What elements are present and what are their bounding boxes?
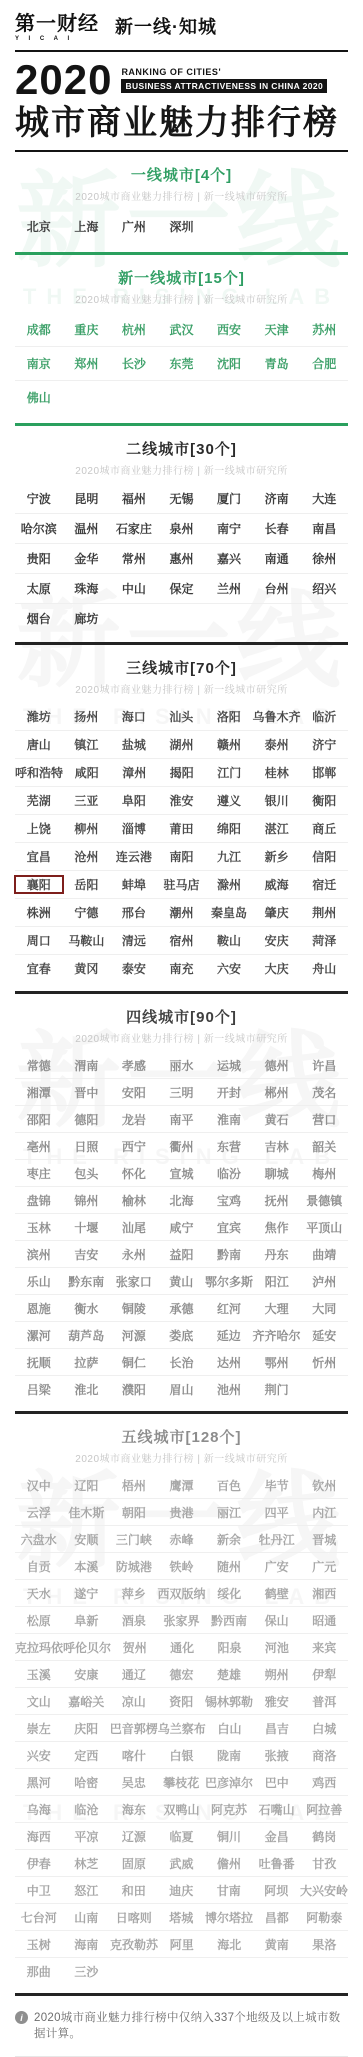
city-cell[interactable]: 德宏 xyxy=(158,1666,206,1683)
city-cell[interactable]: 惠州 xyxy=(158,550,206,567)
city-cell[interactable]: 烟台 xyxy=(15,610,63,627)
city-cell[interactable]: 大庆 xyxy=(253,960,301,977)
city-cell[interactable]: 云浮 xyxy=(15,1504,63,1521)
city-cell[interactable]: 肇庆 xyxy=(253,904,301,921)
city-cell[interactable]: 桂林 xyxy=(253,764,301,781)
city-cell[interactable]: 甘孜 xyxy=(300,1855,348,1872)
city-cell[interactable]: 南通 xyxy=(253,550,301,567)
city-cell[interactable]: 张家口 xyxy=(110,1273,158,1290)
city-cell[interactable]: 阜新 xyxy=(63,1612,111,1629)
city-cell[interactable]: 怒江 xyxy=(62,1882,110,1899)
city-cell[interactable]: 潍坊 xyxy=(15,708,62,725)
city-cell[interactable]: 龙岩 xyxy=(110,1111,158,1128)
city-cell[interactable]: 泰州 xyxy=(253,736,301,753)
city-cell[interactable]: 黑河 xyxy=(15,1774,62,1791)
city-cell[interactable]: 白城 xyxy=(301,1720,348,1737)
city-cell[interactable]: 凉山 xyxy=(110,1693,158,1710)
city-cell[interactable]: 金昌 xyxy=(253,1828,301,1845)
city-cell[interactable]: 吴忠 xyxy=(110,1774,158,1791)
city-cell[interactable]: 日喀则 xyxy=(110,1909,158,1926)
city-cell[interactable]: 朔州 xyxy=(253,1666,301,1683)
city-cell[interactable]: 盐城 xyxy=(110,736,158,753)
city-cell[interactable]: 鄂州 xyxy=(253,1354,301,1371)
city-cell[interactable]: 唐山 xyxy=(15,736,63,753)
city-cell[interactable]: 邵阳 xyxy=(15,1111,63,1128)
city-cell[interactable]: 平凉 xyxy=(63,1828,111,1845)
city-cell[interactable]: 海南 xyxy=(62,1936,110,1953)
city-cell[interactable]: 鸡西 xyxy=(301,1774,348,1791)
city-cell[interactable]: 随州 xyxy=(205,1558,253,1575)
city-cell[interactable]: 菏泽 xyxy=(300,932,348,949)
city-cell[interactable]: 汉中 xyxy=(15,1477,63,1494)
city-cell[interactable]: 湘西 xyxy=(301,1585,348,1602)
city-cell[interactable]: 六安 xyxy=(205,960,253,977)
city-cell[interactable]: 伊春 xyxy=(15,1855,63,1872)
city-cell[interactable]: 商洛 xyxy=(300,1747,348,1764)
city-cell[interactable]: 松原 xyxy=(15,1612,63,1629)
city-cell[interactable]: 新乡 xyxy=(253,848,301,865)
city-cell[interactable]: 鹰潭 xyxy=(158,1477,206,1494)
city-cell[interactable]: 延边 xyxy=(205,1327,253,1344)
city-cell[interactable]: 芜湖 xyxy=(15,792,63,809)
city-cell[interactable]: 阳江 xyxy=(253,1273,301,1290)
city-cell-highlighted[interactable]: 襄阳 xyxy=(15,876,63,893)
city-cell[interactable]: 雅安 xyxy=(253,1693,301,1710)
city-cell[interactable]: 长治 xyxy=(158,1354,206,1371)
city-cell[interactable]: 黄石 xyxy=(253,1111,301,1128)
city-cell[interactable]: 齐齐哈尔 xyxy=(252,1327,300,1344)
city-cell[interactable]: 北海 xyxy=(158,1192,206,1209)
city-cell[interactable]: 自贡 xyxy=(15,1558,63,1575)
city-cell[interactable]: 保山 xyxy=(253,1612,301,1629)
city-cell[interactable]: 丽水 xyxy=(158,1057,206,1074)
city-cell[interactable]: 亳州 xyxy=(15,1138,63,1155)
city-cell[interactable]: 周口 xyxy=(15,932,63,949)
city-cell[interactable]: 贵阳 xyxy=(15,550,63,567)
city-cell[interactable]: 福州 xyxy=(110,490,158,507)
city-cell[interactable]: 漳州 xyxy=(111,764,159,781)
city-cell[interactable]: 衡水 xyxy=(63,1300,111,1317)
city-cell[interactable]: 益阳 xyxy=(158,1246,206,1263)
city-cell[interactable]: 威海 xyxy=(253,876,301,893)
city-cell[interactable]: 苏州 xyxy=(300,321,348,338)
city-cell[interactable]: 金华 xyxy=(63,550,111,567)
city-cell[interactable]: 白山 xyxy=(206,1720,253,1737)
city-cell[interactable]: 衢州 xyxy=(158,1138,206,1155)
city-cell[interactable]: 厦门 xyxy=(205,490,253,507)
city-cell[interactable]: 滁州 xyxy=(205,876,253,893)
city-cell[interactable]: 双鸭山 xyxy=(158,1801,206,1818)
city-cell[interactable]: 柳州 xyxy=(63,820,111,837)
city-cell[interactable]: 阿勒泰 xyxy=(301,1909,348,1926)
city-cell[interactable]: 攀枝花 xyxy=(157,1774,205,1791)
city-cell[interactable]: 临沧 xyxy=(63,1801,111,1818)
city-cell[interactable]: 西安 xyxy=(205,321,253,338)
city-cell[interactable]: 迪庆 xyxy=(157,1882,205,1899)
city-cell[interactable]: 武汉 xyxy=(158,321,206,338)
city-cell[interactable]: 郑州 xyxy=(63,355,111,372)
city-cell[interactable]: 运城 xyxy=(205,1057,253,1074)
city-cell[interactable]: 河源 xyxy=(110,1327,158,1344)
city-cell[interactable]: 莆田 xyxy=(158,820,206,837)
city-cell[interactable]: 新余 xyxy=(205,1531,253,1548)
city-cell[interactable]: 东莞 xyxy=(158,355,206,372)
city-cell[interactable]: 鹤岗 xyxy=(300,1828,348,1845)
city-cell[interactable]: 大同 xyxy=(300,1300,348,1317)
city-cell[interactable]: 阿里 xyxy=(158,1936,206,1953)
city-cell[interactable]: 铁岭 xyxy=(158,1558,206,1575)
city-cell[interactable]: 安顺 xyxy=(63,1531,111,1548)
city-cell[interactable]: 长春 xyxy=(253,520,301,537)
city-cell[interactable]: 三亚 xyxy=(63,792,111,809)
city-cell[interactable]: 汕尾 xyxy=(110,1219,158,1236)
city-cell[interactable]: 巴音郭楞 xyxy=(110,1720,158,1737)
city-cell[interactable]: 拉萨 xyxy=(63,1354,111,1371)
city-cell[interactable]: 哈尔滨 xyxy=(15,520,63,537)
city-cell[interactable]: 呼和浩特 xyxy=(15,764,63,781)
city-cell[interactable]: 红河 xyxy=(205,1300,253,1317)
city-cell[interactable]: 平顶山 xyxy=(300,1219,348,1236)
city-cell[interactable]: 南昌 xyxy=(300,520,348,537)
city-cell[interactable]: 泸州 xyxy=(301,1273,348,1290)
city-cell[interactable]: 铜陵 xyxy=(110,1300,158,1317)
city-cell[interactable]: 许昌 xyxy=(300,1057,348,1074)
city-cell[interactable]: 延安 xyxy=(301,1327,348,1344)
city-cell[interactable]: 果洛 xyxy=(301,1936,348,1953)
city-cell[interactable]: 晋城 xyxy=(300,1531,348,1548)
city-cell[interactable]: 毕节 xyxy=(253,1477,301,1494)
city-cell[interactable]: 贺州 xyxy=(111,1639,158,1656)
city-cell[interactable]: 四平 xyxy=(253,1504,301,1521)
city-cell[interactable]: 连云港 xyxy=(110,848,158,865)
city-cell[interactable]: 呼伦贝尔 xyxy=(63,1639,111,1656)
city-cell[interactable]: 绍兴 xyxy=(300,580,348,597)
city-cell[interactable]: 克拉玛依 xyxy=(15,1639,63,1656)
city-cell[interactable]: 阿拉善 xyxy=(300,1801,348,1818)
city-cell[interactable]: 怀化 xyxy=(110,1165,158,1182)
city-cell[interactable]: 安庆 xyxy=(253,932,301,949)
city-cell[interactable]: 德州 xyxy=(253,1057,301,1074)
city-cell[interactable]: 伊犁 xyxy=(300,1666,348,1683)
city-cell[interactable]: 南充 xyxy=(158,960,206,977)
city-cell[interactable]: 宣城 xyxy=(158,1165,206,1182)
city-cell[interactable]: 长沙 xyxy=(110,355,158,372)
city-cell[interactable]: 青岛 xyxy=(253,355,301,372)
city-cell[interactable]: 钦州 xyxy=(300,1477,348,1494)
city-cell[interactable]: 牡丹江 xyxy=(253,1531,301,1548)
city-cell[interactable]: 盘锦 xyxy=(15,1192,63,1209)
city-cell[interactable]: 抚州 xyxy=(253,1192,301,1209)
city-cell[interactable]: 临汾 xyxy=(205,1165,253,1182)
city-cell[interactable]: 铜仁 xyxy=(110,1354,158,1371)
city-cell[interactable]: 珠海 xyxy=(63,580,111,597)
city-cell[interactable]: 广元 xyxy=(300,1558,348,1575)
city-cell[interactable]: 大理 xyxy=(253,1300,301,1317)
city-cell[interactable]: 绵阳 xyxy=(205,820,253,837)
city-cell[interactable]: 佳木斯 xyxy=(63,1504,111,1521)
city-cell[interactable]: 邢台 xyxy=(110,904,158,921)
city-cell[interactable]: 景德镇 xyxy=(300,1192,348,1209)
city-cell[interactable]: 廊坊 xyxy=(63,610,111,627)
city-cell[interactable]: 来宾 xyxy=(301,1639,348,1656)
city-cell[interactable]: 遂宁 xyxy=(62,1585,110,1602)
city-cell[interactable]: 池州 xyxy=(205,1381,253,1398)
city-cell[interactable]: 丹东 xyxy=(253,1246,301,1263)
city-cell[interactable]: 嘉兴 xyxy=(205,550,253,567)
city-cell[interactable]: 西双版纳 xyxy=(157,1585,205,1602)
city-cell[interactable]: 嘉峪关 xyxy=(62,1693,110,1710)
city-cell[interactable]: 白银 xyxy=(158,1747,206,1764)
city-cell[interactable]: 吉安 xyxy=(63,1246,111,1263)
city-cell[interactable]: 定西 xyxy=(63,1747,111,1764)
city-cell[interactable]: 宝鸡 xyxy=(205,1192,253,1209)
city-cell[interactable]: 中卫 xyxy=(15,1882,62,1899)
city-cell[interactable]: 鞍山 xyxy=(205,932,253,949)
city-cell[interactable]: 防城港 xyxy=(110,1558,158,1575)
city-cell[interactable]: 临沂 xyxy=(301,708,348,725)
city-cell[interactable]: 通辽 xyxy=(110,1666,158,1683)
city-cell[interactable]: 咸宁 xyxy=(158,1219,206,1236)
city-cell[interactable]: 乌海 xyxy=(15,1801,63,1818)
city-cell[interactable]: 昌都 xyxy=(253,1909,301,1926)
city-cell[interactable]: 普洱 xyxy=(301,1693,348,1710)
city-cell[interactable]: 江门 xyxy=(206,764,254,781)
city-cell[interactable]: 内江 xyxy=(300,1504,348,1521)
city-cell[interactable]: 和田 xyxy=(110,1882,158,1899)
city-cell[interactable]: 蚌埠 xyxy=(110,876,158,893)
city-cell[interactable]: 萍乡 xyxy=(110,1585,158,1602)
city-cell[interactable]: 黔西南 xyxy=(205,1612,253,1629)
city-cell[interactable]: 衡阳 xyxy=(300,792,348,809)
city-cell[interactable]: 株洲 xyxy=(15,904,63,921)
city-cell[interactable]: 上饶 xyxy=(15,820,63,837)
city-cell[interactable]: 九江 xyxy=(205,848,253,865)
city-cell[interactable]: 贵港 xyxy=(158,1504,206,1521)
city-cell[interactable]: 洛阳 xyxy=(205,708,253,725)
city-cell[interactable]: 哈密 xyxy=(62,1774,110,1791)
city-cell[interactable]: 黔南 xyxy=(205,1246,253,1263)
city-cell[interactable]: 湖州 xyxy=(158,736,206,753)
city-cell[interactable]: 天津 xyxy=(253,321,301,338)
city-cell[interactable]: 临夏 xyxy=(158,1828,206,1845)
city-cell[interactable]: 梅州 xyxy=(300,1165,348,1182)
city-cell[interactable]: 焦作 xyxy=(253,1219,301,1236)
city-cell[interactable]: 揭阳 xyxy=(158,764,206,781)
city-cell[interactable]: 兴安 xyxy=(15,1747,63,1764)
city-cell[interactable]: 阿克苏 xyxy=(205,1801,253,1818)
city-cell[interactable]: 德阳 xyxy=(63,1111,111,1128)
city-cell[interactable]: 镇江 xyxy=(63,736,111,753)
city-cell[interactable]: 承德 xyxy=(158,1300,206,1317)
city-cell[interactable]: 葫芦岛 xyxy=(62,1327,110,1344)
city-cell[interactable]: 吐鲁番 xyxy=(253,1855,301,1872)
city-cell[interactable]: 上海 xyxy=(63,218,111,235)
city-cell[interactable]: 淮北 xyxy=(63,1381,111,1398)
city-cell[interactable]: 泰安 xyxy=(110,960,158,977)
city-cell[interactable]: 合肥 xyxy=(300,355,348,372)
city-cell[interactable]: 黄山 xyxy=(157,1273,205,1290)
city-cell[interactable]: 恩施 xyxy=(15,1300,63,1317)
city-cell[interactable]: 玉树 xyxy=(15,1936,62,1953)
city-cell[interactable]: 淄博 xyxy=(110,820,158,837)
city-cell[interactable]: 宜宾 xyxy=(205,1219,253,1236)
city-cell[interactable]: 张家界 xyxy=(158,1612,206,1629)
city-cell[interactable]: 阜阳 xyxy=(110,792,158,809)
city-cell[interactable]: 商丘 xyxy=(300,820,348,837)
city-cell[interactable]: 宁波 xyxy=(15,490,63,507)
city-cell[interactable]: 黄南 xyxy=(253,1936,301,1953)
city-cell[interactable]: 日照 xyxy=(63,1138,111,1155)
city-cell[interactable]: 崇左 xyxy=(15,1720,62,1737)
city-cell[interactable]: 本溪 xyxy=(63,1558,111,1575)
city-cell[interactable]: 陇南 xyxy=(205,1747,253,1764)
city-cell[interactable]: 甘南 xyxy=(205,1882,253,1899)
city-cell[interactable]: 宿州 xyxy=(158,932,206,949)
city-cell[interactable]: 海北 xyxy=(206,1936,254,1953)
city-cell[interactable]: 遵义 xyxy=(205,792,253,809)
city-cell[interactable]: 张掖 xyxy=(253,1747,301,1764)
city-cell[interactable]: 娄底 xyxy=(157,1327,205,1344)
city-cell[interactable]: 孝感 xyxy=(110,1057,158,1074)
city-cell[interactable]: 东营 xyxy=(205,1138,253,1155)
city-cell[interactable]: 锡林郭勒 xyxy=(205,1693,253,1710)
city-cell[interactable]: 宿迁 xyxy=(300,876,348,893)
city-cell[interactable]: 营口 xyxy=(300,1111,348,1128)
city-cell[interactable]: 湘潭 xyxy=(15,1084,63,1101)
city-cell[interactable]: 温州 xyxy=(63,520,111,537)
city-cell[interactable]: 兰州 xyxy=(205,580,253,597)
city-cell[interactable]: 聊城 xyxy=(253,1165,301,1182)
city-cell[interactable]: 塔城 xyxy=(157,1909,205,1926)
city-cell[interactable]: 朝阳 xyxy=(110,1504,158,1521)
city-cell[interactable]: 玉溪 xyxy=(15,1666,63,1683)
city-cell[interactable]: 眉山 xyxy=(158,1381,206,1398)
city-cell[interactable]: 曲靖 xyxy=(300,1246,348,1263)
city-cell[interactable]: 汕头 xyxy=(157,708,205,725)
city-cell[interactable]: 潮州 xyxy=(158,904,206,921)
city-cell[interactable]: 咸阳 xyxy=(63,764,110,781)
city-cell[interactable]: 濮阳 xyxy=(110,1381,158,1398)
city-cell[interactable]: 茂名 xyxy=(300,1084,348,1101)
city-cell[interactable]: 玉林 xyxy=(15,1219,63,1236)
city-cell[interactable]: 鹤壁 xyxy=(253,1585,301,1602)
city-cell[interactable]: 石嘴山 xyxy=(253,1801,301,1818)
city-cell[interactable]: 固原 xyxy=(110,1855,158,1872)
city-cell[interactable]: 淮安 xyxy=(158,792,206,809)
city-cell[interactable]: 达州 xyxy=(205,1354,253,1371)
city-cell[interactable]: 石家庄 xyxy=(110,520,158,537)
city-cell[interactable]: 巴彦淖尔 xyxy=(205,1774,253,1791)
city-cell[interactable]: 阳泉 xyxy=(206,1639,253,1656)
city-cell[interactable]: 绥化 xyxy=(206,1585,254,1602)
city-cell[interactable]: 无锡 xyxy=(158,490,206,507)
city-cell[interactable]: 清远 xyxy=(110,932,158,949)
city-cell[interactable]: 徐州 xyxy=(300,550,348,567)
city-cell[interactable]: 山南 xyxy=(62,1909,110,1926)
city-cell[interactable]: 岳阳 xyxy=(63,876,111,893)
city-cell[interactable]: 赤峰 xyxy=(158,1531,206,1548)
city-cell[interactable]: 泉州 xyxy=(158,520,206,537)
city-cell[interactable]: 重庆 xyxy=(63,321,111,338)
city-cell[interactable]: 晋中 xyxy=(63,1084,111,1101)
city-cell[interactable]: 佛山 xyxy=(15,389,63,406)
city-cell[interactable]: 吉林 xyxy=(253,1138,301,1155)
city-cell[interactable]: 常德 xyxy=(15,1057,63,1074)
city-cell[interactable]: 大连 xyxy=(300,490,348,507)
city-cell[interactable]: 儋州 xyxy=(205,1855,253,1872)
city-cell[interactable]: 济南 xyxy=(253,490,301,507)
city-cell[interactable]: 铜川 xyxy=(205,1828,253,1845)
city-cell[interactable]: 邯郸 xyxy=(301,764,348,781)
city-cell[interactable]: 台州 xyxy=(253,580,301,597)
city-cell[interactable]: 克孜勒苏 xyxy=(110,1936,158,1953)
city-cell[interactable]: 黔东南 xyxy=(62,1273,110,1290)
city-cell[interactable]: 庆阳 xyxy=(62,1720,109,1737)
city-cell[interactable]: 永州 xyxy=(110,1246,158,1263)
city-cell[interactable]: 海口 xyxy=(110,708,158,725)
city-cell[interactable]: 广安 xyxy=(253,1558,301,1575)
city-cell[interactable]: 沈阳 xyxy=(205,355,253,372)
city-cell[interactable]: 吕梁 xyxy=(15,1381,63,1398)
city-cell[interactable]: 辽阳 xyxy=(63,1477,111,1494)
city-cell[interactable]: 杭州 xyxy=(110,321,158,338)
city-cell[interactable]: 海西 xyxy=(15,1828,63,1845)
city-cell[interactable]: 六盘水 xyxy=(15,1531,63,1548)
city-cell[interactable]: 喀什 xyxy=(110,1747,158,1764)
city-cell[interactable]: 阿坝 xyxy=(252,1882,299,1899)
city-cell[interactable]: 丽江 xyxy=(205,1504,253,1521)
city-cell[interactable]: 马鞍山 xyxy=(63,932,111,949)
city-cell[interactable]: 成都 xyxy=(15,321,63,338)
city-cell[interactable]: 黄冈 xyxy=(63,960,111,977)
city-cell[interactable]: 郴州 xyxy=(253,1084,301,1101)
city-cell[interactable]: 南宁 xyxy=(205,520,253,537)
city-cell[interactable]: 辽源 xyxy=(110,1828,158,1845)
city-cell[interactable]: 南京 xyxy=(15,355,63,372)
city-cell[interactable]: 滨州 xyxy=(15,1246,63,1263)
city-cell[interactable]: 十堰 xyxy=(63,1219,111,1236)
city-cell[interactable]: 济宁 xyxy=(300,736,348,753)
city-cell[interactable]: 乌兰察布 xyxy=(158,1720,206,1737)
city-cell[interactable]: 通化 xyxy=(158,1639,205,1656)
city-cell[interactable]: 武威 xyxy=(158,1855,206,1872)
city-cell[interactable]: 文山 xyxy=(15,1693,62,1710)
city-cell[interactable]: 舟山 xyxy=(300,960,348,977)
city-cell[interactable]: 南平 xyxy=(158,1111,206,1128)
city-cell[interactable]: 三沙 xyxy=(63,1963,111,1980)
city-cell[interactable]: 安阳 xyxy=(110,1084,158,1101)
city-cell[interactable]: 锦州 xyxy=(63,1192,111,1209)
city-cell[interactable]: 林芝 xyxy=(63,1855,111,1872)
city-cell[interactable]: 沧州 xyxy=(63,848,111,865)
city-cell[interactable]: 西宁 xyxy=(110,1138,158,1155)
city-cell[interactable]: 驻马店 xyxy=(158,876,206,893)
city-cell[interactable]: 河池 xyxy=(253,1639,300,1656)
city-cell[interactable]: 那曲 xyxy=(15,1963,63,1980)
city-cell[interactable]: 开封 xyxy=(205,1084,253,1101)
city-cell[interactable]: 枣庄 xyxy=(15,1165,63,1182)
city-cell[interactable]: 昌吉 xyxy=(253,1720,300,1737)
city-cell[interactable]: 昆明 xyxy=(63,490,111,507)
city-cell[interactable]: 淮南 xyxy=(205,1111,253,1128)
city-cell[interactable]: 乐山 xyxy=(15,1273,62,1290)
city-cell[interactable]: 安康 xyxy=(63,1666,111,1683)
city-cell[interactable]: 乌鲁木齐 xyxy=(252,708,300,725)
city-cell[interactable]: 梧州 xyxy=(110,1477,158,1494)
city-cell[interactable]: 广州 xyxy=(110,218,158,235)
city-cell[interactable]: 深圳 xyxy=(158,218,206,235)
city-cell[interactable]: 大兴安岭 xyxy=(300,1882,348,1899)
